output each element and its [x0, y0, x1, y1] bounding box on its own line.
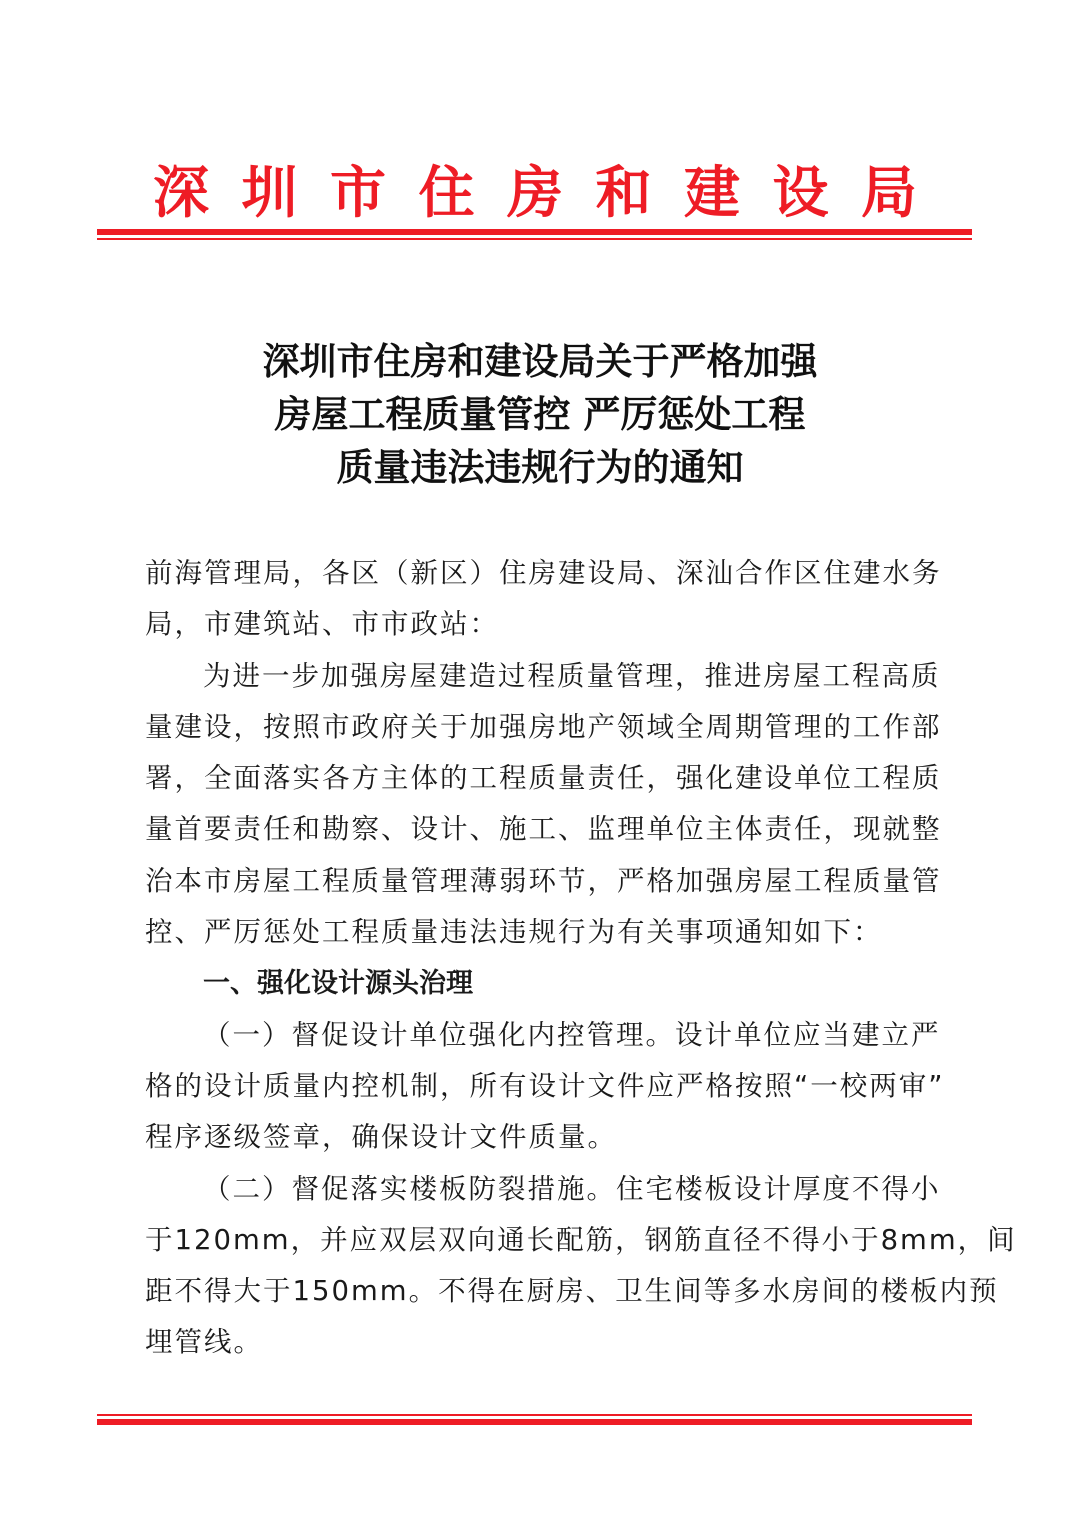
body-line: 量建设，按照市政府关于加强房地产领域全周期管理的工作部: [145, 702, 945, 753]
footer-divider-thin: [97, 1414, 972, 1416]
item-paragraph: （二）督促落实楼板防裂措施。住宅楼板设计厚度不得小 于120mm，并应双层双向通…: [145, 1164, 945, 1369]
body-line: 为进一步加强房屋建造过程质量管理，推进房屋工程高质: [145, 651, 945, 702]
document-title: 深圳市住房和建设局关于严格加强 房屋工程质量管控 严厉惩处工程 质量违法违规行为…: [140, 335, 940, 494]
title-line: 房屋工程质量管控 严厉惩处工程: [140, 388, 940, 441]
body-line: 治本市房屋工程质量管理薄弱环节，严格加强房屋工程质量管: [145, 856, 945, 907]
body-line: 埋管线。: [145, 1317, 945, 1368]
body-line: 署，全面落实各方主体的工程质量责任，强化建设单位工程质: [145, 753, 945, 804]
title-line: 深圳市住房和建设局关于严格加强: [140, 335, 940, 388]
body-line: 局，市建筑站、市市政站：: [145, 599, 945, 650]
body-line: 距不得大于150mm。不得在厨房、卫生间等多水房间的楼板内预: [145, 1266, 945, 1317]
body-line: （一）督促设计单位强化内控管理。设计单位应当建立严: [145, 1010, 945, 1061]
masthead-char: 建: [681, 158, 743, 228]
body-line: （二）督促落实楼板防裂措施。住宅楼板设计厚度不得小: [145, 1164, 945, 1215]
body-line: 控、严厉惩处工程质量违法违规行为有关事项通知如下：: [145, 907, 945, 958]
body-line: 于120mm，并应双层双向通长配筋，钢筋直径不得小于8mm，间: [145, 1215, 945, 1266]
section-heading: 一、强化设计源头治理: [145, 958, 945, 1009]
item-paragraph: （一）督促设计单位强化内控管理。设计单位应当建立严 格的设计质量内控机制，所有设…: [145, 1010, 945, 1164]
masthead-char: 圳: [239, 158, 301, 228]
title-line: 质量违法违规行为的通知: [140, 441, 940, 494]
masthead-char: 市: [327, 158, 389, 228]
body-line: 程序逐级签章，确保设计文件质量。: [145, 1112, 945, 1163]
masthead-organization: 深 圳 市 住 房 和 建 设 局: [150, 158, 920, 228]
intro-paragraph: 为进一步加强房屋建造过程质量管理，推进房屋工程高质 量建设，按照市政府关于加强房…: [145, 651, 945, 959]
masthead-char: 住: [416, 158, 478, 228]
header-divider-thick: [97, 229, 972, 235]
body-line: 格的设计质量内控机制，所有设计文件应严格按照“一校两审”: [145, 1061, 945, 1112]
masthead-char: 房: [504, 158, 566, 228]
masthead-char: 深: [150, 158, 212, 228]
header-divider-thin: [97, 238, 972, 240]
masthead-char: 局: [858, 158, 920, 228]
masthead-char: 设: [770, 158, 832, 228]
recipients: 前海管理局，各区（新区）住房建设局、深汕合作区住建水务 局，市建筑站、市市政站：: [145, 548, 945, 651]
footer-divider-thick: [97, 1419, 972, 1425]
masthead-char: 和: [593, 158, 655, 228]
body-line: 量首要责任和勘察、设计、施工、监理单位主体责任，现就整: [145, 804, 945, 855]
document-body: 前海管理局，各区（新区）住房建设局、深汕合作区住建水务 局，市建筑站、市市政站：…: [145, 548, 945, 1369]
body-line: 前海管理局，各区（新区）住房建设局、深汕合作区住建水务: [145, 548, 945, 599]
document-page: 深 圳 市 住 房 和 建 设 局 深圳市住房和建设局关于严格加强 房屋工程质量…: [0, 0, 1080, 1527]
